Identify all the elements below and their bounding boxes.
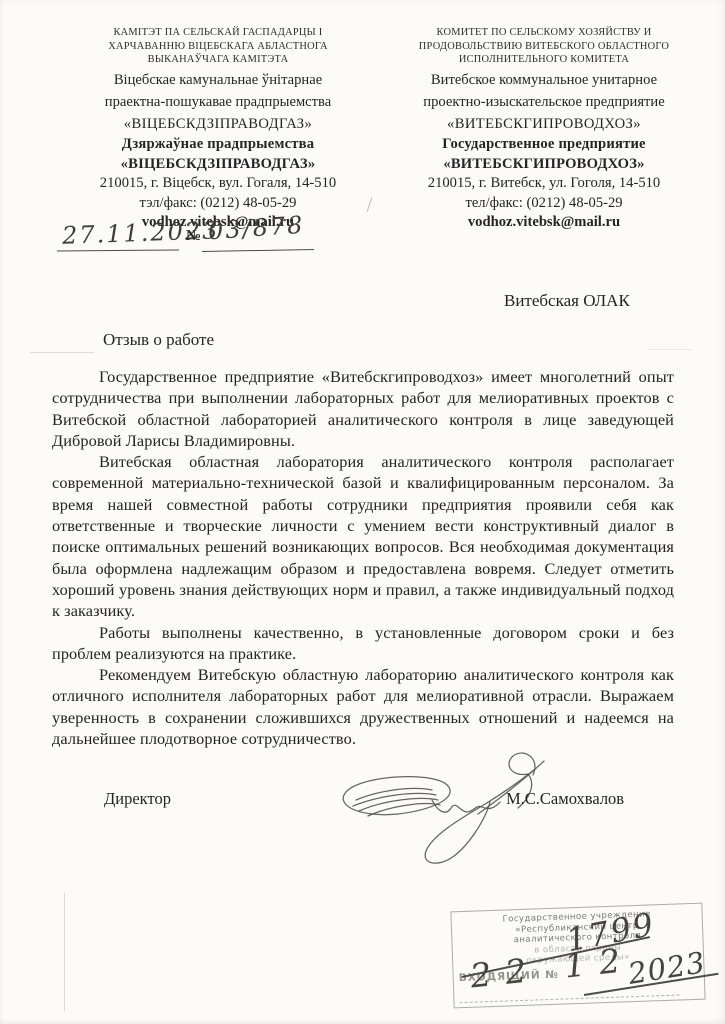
phone-fax-line: тел/факс: (0212) 48-05-29 (385, 195, 703, 213)
number-underline (202, 249, 314, 252)
letter-body: Государственное предприятие «Витебскгипр… (52, 366, 674, 749)
stamp-footer-line (460, 994, 680, 1003)
body-paragraph: Рекомендуем Витебскую областную лаборато… (52, 664, 674, 749)
state-enterprise-name: «ВІЦЕБСКДЗІПРАВОДГАЗ» (55, 155, 381, 173)
phone-fax-line: тэл/факс: (0212) 48-05-29 (55, 195, 381, 213)
org-name-quoted: «ВИТЕБСКГИПРОВОДХОЗ» (385, 116, 703, 133)
handwritten-outgoing-number: 03/878 (207, 211, 305, 246)
state-enterprise-line: Государственное предприятие (385, 135, 703, 153)
signer-name: М.С.Самохвалов (506, 789, 624, 809)
address-line: 210015, г. Витебск, ул. Гоголя, 14-510 (385, 175, 703, 193)
addressee: Витебская ОЛАК (504, 291, 630, 311)
body-paragraph: Витебская областная лаборатория аналитич… (52, 451, 674, 621)
org-name-line: Віцебскае камунальнае ўнітарнае (55, 72, 381, 89)
state-enterprise-name: «ВИТЕБСКГИПРОВОДХОЗ» (385, 155, 703, 173)
state-enterprise-line: Дзяржаўнае прадпрыемства (55, 135, 381, 153)
body-paragraph: Работы выполнены качественно, в установл… (52, 622, 674, 665)
handwritten-signature-icon (328, 750, 553, 885)
org-name-line: праектна-пошукавае прадпрыемства (55, 94, 381, 111)
scan-artifact (30, 352, 94, 353)
letterhead-russian: КОМИТЕТ ПО СЕЛЬСКОМУ ХОЗЯЙСТВУ И ПРОДОВО… (385, 26, 703, 232)
committee-line: ВЫКАНАЎЧАГА КАМІТЭТА (55, 53, 381, 67)
email-text: vodhoz.vitebsk@mail.ru (385, 214, 703, 232)
letterhead: КАМІТЭТ ПА СЕЛЬСКАЙ ГАСПАДАРЦЫ І ХАРЧАВА… (55, 26, 703, 232)
committee-line: ИСПОЛНИТЕЛЬНОГО КОМИТЕТА (385, 53, 703, 67)
page-title: Отзыв о работе (103, 330, 214, 350)
letterhead-belarusian: КАМІТЭТ ПА СЕЛЬСКАЙ ГАСПАДАРЦЫ І ХАРЧАВА… (55, 26, 381, 232)
address-line: 210015, г. Віцебск, вул. Гогаля, 14-510 (55, 175, 381, 193)
date-underline (57, 249, 179, 251)
committee-line: КАМІТЭТ ПА СЕЛЬСКАЙ ГАСПАДАРЦЫ І (55, 26, 381, 40)
signer-position: Директор (104, 789, 171, 809)
org-name-line: Витебское коммунальное унитарное (385, 72, 703, 89)
body-paragraph: Государственное предприятие «Витебскгипр… (52, 366, 674, 451)
scan-artifact (648, 349, 692, 350)
org-name-line: проектно-изыскательское предприятие (385, 94, 703, 111)
org-name-quoted: «ВІЦЕБСКДЗІПРАВОДГАЗ» (55, 116, 381, 133)
scanned-letter-page: КАМІТЭТ ПА СЕЛЬСКАЙ ГАСПАДАРЦЫ І ХАРЧАВА… (0, 0, 725, 1024)
scan-artifact (64, 893, 65, 1011)
committee-line: КОМИТЕТ ПО СЕЛЬСКОМУ ХОЗЯЙСТВУ И (385, 26, 703, 40)
committee-line: ПРОДОВОЛЬСТВИЮ ВИТЕБСКОГО ОБЛАСТНОГО (385, 40, 703, 54)
number-sign: № (186, 228, 201, 245)
committee-line: ХАРЧАВАННЮ ВІЦЕБСКАГА АБЛАСТНОГА (55, 40, 381, 54)
